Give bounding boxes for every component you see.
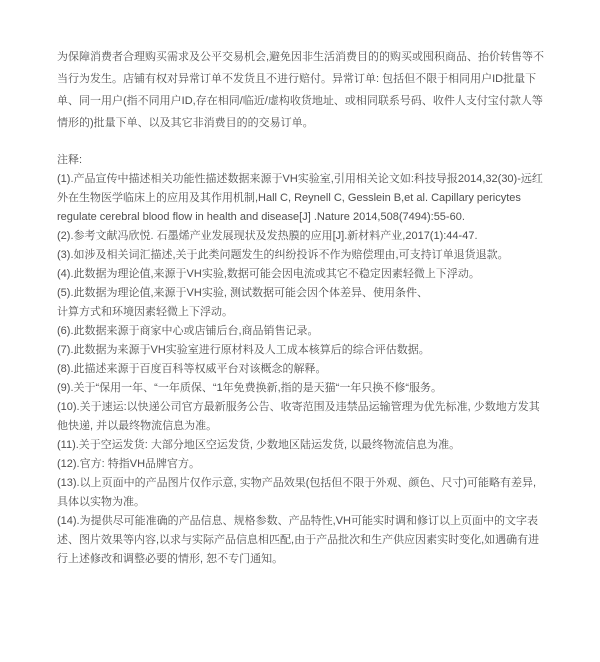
disclaimer-page: 为保障消费者合理购买需求及公平交易机会,避免因非生活消费目的的购买或囤积商品、抬… [0, 0, 600, 662]
note-item: (1).产品宣传中描述相关功能性描述数据来源于VH实验室,引用相关论文如:科技导… [57, 170, 547, 227]
note-item: (2).参考文献冯欣悦. 石墨烯产业发展现状及发热膜的应用[J].新材料产业,2… [57, 227, 547, 246]
note-item: (3).如涉及相关词汇描述,关于此类问题发生的纠纷投诉不作为赔偿理由,可支持订单… [57, 246, 547, 265]
note-item: (5).此数据为理论值,来源于VH实验, 测试数据可能会因个体差异、使用条件、 … [57, 284, 547, 322]
notes-list: (1).产品宣传中描述相关功能性描述数据来源于VH实验室,引用相关论文如:科技导… [57, 170, 547, 569]
note-item: (6).此数据来源于商家中心或店铺后台,商品销售记录。 [57, 322, 547, 341]
note-item: (8).此描述来源于百度百科等权威平台对该概念的解释。 [57, 360, 547, 379]
notes-section: 注释: (1).产品宣传中描述相关功能性描述数据来源于VH实验室,引用相关论文如… [57, 151, 547, 569]
note-item: (14).为提供尽可能准确的产品信息、规格参数、产品特性,VH可能实时调和修订以… [57, 512, 547, 569]
note-item: (7).此数据为来源于VH实验室进行原材料及人工成本核算后的综合评估数据。 [57, 341, 547, 360]
notes-heading: 注释: [57, 151, 547, 170]
note-item: (9).关于“保用一年、“一年质保、“1年免费换新,指的是天猫“一年只换不修“服… [57, 379, 547, 398]
purchase-policy-paragraph: 为保障消费者合理购买需求及公平交易机会,避免因非生活消费目的的购买或囤积商品、抬… [57, 46, 547, 134]
note-item: (10).关于速运:以快递公司官方最新服务公告、收寄范围及违禁品运输管理为优先标… [57, 398, 547, 436]
note-item: (4).此数据为理论值,来源于VH实验,数据可能会因电流或其它不稳定因素轻微上下… [57, 265, 547, 284]
note-item: (13).以上页面中的产品图片仅作示意, 实物产品效果(包括但不限于外观、颜色、… [57, 474, 547, 512]
note-item: (11).关于空运发货: 大部分地区空运发货, 少数地区陆运发货, 以最终物流信… [57, 436, 547, 455]
note-item: (12).官方: 特指VH品牌官方。 [57, 455, 547, 474]
